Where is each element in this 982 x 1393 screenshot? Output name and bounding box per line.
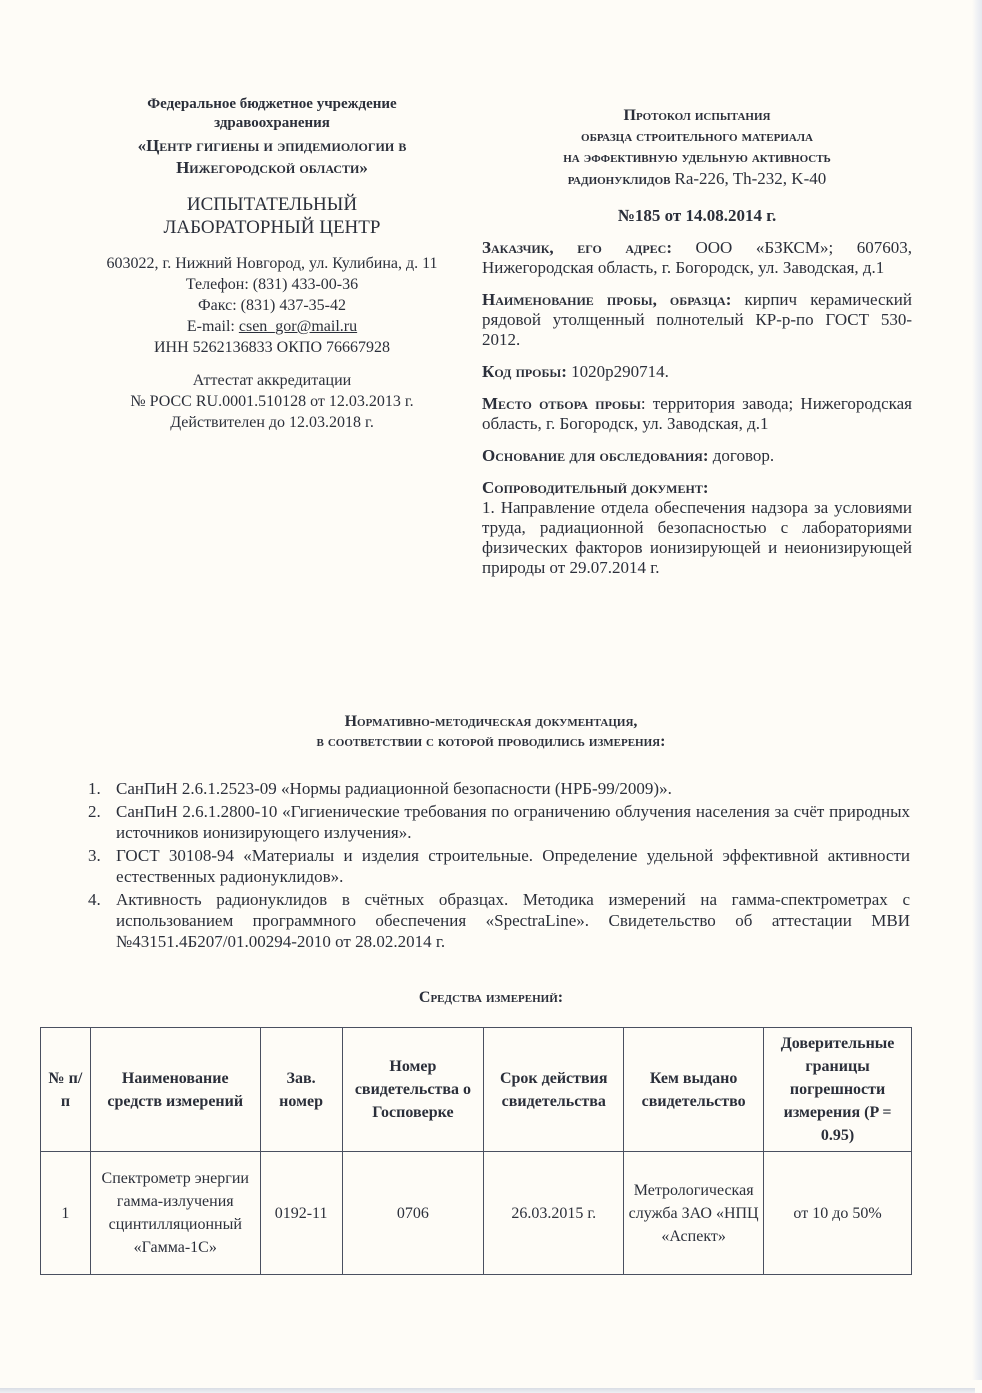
field-sample-name: Наименование пробы, образца: кирпич кера… <box>482 290 912 350</box>
field-value: договор. <box>709 446 775 465</box>
field-sampling-place: Место отбора пробы: территория завода; Н… <box>482 394 912 434</box>
lab-name-line1: ИСПЫТАТЕЛЬНЫЙ <box>62 193 482 216</box>
cell-name: Спектрометр энергии гамма-излучения сцин… <box>90 1152 260 1275</box>
org-inn-okpo: ИНН 5262136833 ОКПО 76667928 <box>62 337 482 358</box>
list-item-text: ГОСТ 30108-94 «Материалы и изделия строи… <box>116 845 910 887</box>
list-item: 4.Активность радионуклидов в счётных обр… <box>88 889 910 952</box>
accreditation-valid: Действителен до 12.03.2018 г. <box>62 412 482 433</box>
nuclides-label: радионуклидов <box>568 171 675 188</box>
cell-error-limits: от 10 до 50% <box>764 1152 912 1275</box>
accreditation: Аттестат аккредитации № РОСС RU.0001.510… <box>62 370 482 433</box>
protocol-block: Протокол испытания образца строительного… <box>482 105 912 578</box>
nuclides-list: Ra-226, Th-232, K-40 <box>675 169 827 188</box>
list-item-text: Активность радионуклидов в счётных образ… <box>116 889 910 952</box>
email-link[interactable]: csen_gor@mail.ru <box>239 318 357 335</box>
norm-docs-heading-line1: Нормативно-методическая документация, <box>0 712 982 732</box>
list-item-number: 2. <box>88 801 116 843</box>
column-header: Зав. номер <box>260 1028 342 1152</box>
org-name-line1: «Центр гигиены и эпидемиологии в <box>62 135 482 157</box>
norm-docs-heading-line2: в соответствии с которой проводились изм… <box>0 732 982 752</box>
protocol-title-line3: на эффективную удельную активность <box>482 147 912 168</box>
page-edge-bottom <box>0 1388 975 1393</box>
org-phone: Телефон: (831) 433-00-36 <box>62 274 482 295</box>
field-label: Наименование пробы, образца: <box>482 290 731 309</box>
list-item: 2.СанПиН 2.6.1.2800-10 «Гигиенические тр… <box>88 801 910 843</box>
instruments-heading: Средства измерений: <box>0 988 982 1008</box>
list-item: 1.СанПиН 2.6.1.2523-09 «Нормы радиационн… <box>88 778 910 799</box>
org-address: 603022, г. Нижний Новгород, ул. Кулибина… <box>62 253 482 274</box>
organization-block: Федеральное бюджетное учреждение здравоо… <box>62 95 482 433</box>
org-type-line1: Федеральное бюджетное учреждение <box>62 95 482 114</box>
field-label: Заказчик, его адрес: <box>482 238 672 257</box>
org-fax: Факс: (831) 437-35-42 <box>62 295 482 316</box>
list-item-text: СанПиН 2.6.1.2523-09 «Нормы радиационной… <box>116 778 910 799</box>
lab-name-line2: ЛАБОРАТОРНЫЙ ЦЕНТР <box>62 216 482 239</box>
cell-cert-number: 0706 <box>342 1152 484 1275</box>
org-email-line: E-mail: csen_gor@mail.ru <box>62 316 482 337</box>
protocol-title-line4: радионуклидов Ra-226, Th-232, K-40 <box>482 168 912 190</box>
column-header: Номер свидетельства о Госповерке <box>342 1028 484 1152</box>
list-item: 3.ГОСТ 30108-94 «Материалы и изделия стр… <box>88 845 910 887</box>
column-header: Срок действия свидетельства <box>484 1028 624 1152</box>
field-label: Основание для обследования: <box>482 446 709 465</box>
accompanying-doc-value: 1. Направление отдела обеспечения надзор… <box>482 498 912 578</box>
accreditation-number: № РОСС RU.0001.510128 от 12.03.2013 г. <box>62 391 482 412</box>
norm-docs-list: 1.СанПиН 2.6.1.2523-09 «Нормы радиационн… <box>88 778 910 954</box>
instruments-table: № п/п Наименование средств измерений Зав… <box>40 1027 912 1275</box>
field-customer: Заказчик, его адрес: ООО «БЗКСМ»; 607603… <box>482 238 912 278</box>
cell-issued-by: Метрологическая служба ЗАО «НПЦ «Аспект» <box>624 1152 764 1275</box>
field-sample-code: Код пробы: 1020р290714. <box>482 362 912 382</box>
field-label: Место отбора пробы <box>482 394 641 413</box>
protocol-title-line1: Протокол испытания <box>482 105 912 126</box>
email-label: E-mail: <box>187 318 239 335</box>
accompanying-doc-label: Сопроводительный документ: <box>482 478 912 498</box>
cell-serial: 0192-11 <box>260 1152 342 1275</box>
org-type: Федеральное бюджетное учреждение здравоо… <box>62 95 482 133</box>
norm-docs-heading: Нормативно-методическая документация, в … <box>0 712 982 752</box>
table-row: 1 Спектрометр энергии гамма-излучения сц… <box>41 1152 912 1275</box>
contacts: 603022, г. Нижний Новгород, ул. Кулибина… <box>62 253 482 358</box>
table-header-row: № п/п Наименование средств измерений Зав… <box>41 1028 912 1152</box>
accreditation-title: Аттестат аккредитации <box>62 370 482 391</box>
org-name: «Центр гигиены и эпидемиологии в Нижегор… <box>62 135 482 179</box>
list-item-number: 4. <box>88 889 116 952</box>
list-item-number: 3. <box>88 845 116 887</box>
field-value: 1020р290714. <box>567 362 669 381</box>
field-basis: Основание для обследования: договор. <box>482 446 912 466</box>
list-item-number: 1. <box>88 778 116 799</box>
protocol-title: Протокол испытания образца строительного… <box>482 105 912 190</box>
column-header: Наименование средств измерений <box>90 1028 260 1152</box>
org-type-line2: здравоохранения <box>62 114 482 133</box>
protocol-number: №185 от 14.08.2014 г. <box>482 206 912 226</box>
field-label: Код пробы: <box>482 362 567 381</box>
column-header: Кем выдано свидетельство <box>624 1028 764 1152</box>
cell-num: 1 <box>41 1152 91 1275</box>
column-header: № п/п <box>41 1028 91 1152</box>
page-edge-shadow <box>972 0 982 1380</box>
column-header: Доверительные границы погрешности измере… <box>764 1028 912 1152</box>
list-item-text: СанПиН 2.6.1.2800-10 «Гигиенические треб… <box>116 801 910 843</box>
lab-name: ИСПЫТАТЕЛЬНЫЙ ЛАБОРАТОРНЫЙ ЦЕНТР <box>62 193 482 239</box>
cell-valid-until: 26.03.2015 г. <box>484 1152 624 1275</box>
protocol-title-line2: образца строительного материала <box>482 126 912 147</box>
org-name-line2: Нижегородской области» <box>62 157 482 179</box>
